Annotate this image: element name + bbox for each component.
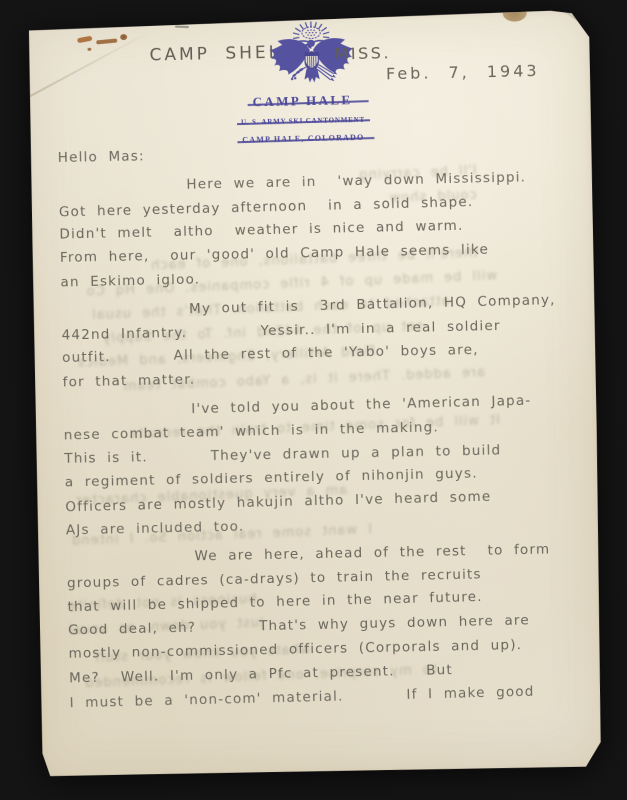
rust-stain — [77, 36, 93, 44]
pencil-scuff-mark — [163, 20, 185, 25]
letter-paper: I'll be carryingcould showthere'll be th… — [25, 10, 605, 780]
pencil-scuff-mark — [175, 25, 189, 27]
rust-stain — [87, 48, 91, 51]
brown-stain — [503, 4, 527, 22]
handwritten-miss: MISS. — [334, 43, 391, 63]
handwritten-date: Feb. 7, 1943 — [386, 61, 540, 83]
letter-body: Hello Mas:Here we are in 'way down Missi… — [58, 136, 582, 714]
letter-line: Hello Mas: — [58, 137, 570, 171]
printed-ski-cantonment: U. S. ARMY SKI CANTONMENT — [241, 116, 365, 127]
rust-stain — [96, 39, 117, 45]
printed-letterhead: CAMP HALE U. S. ARMY SKI CANTONMENT CAMP… — [238, 91, 367, 148]
printed-camp-hale: CAMP HALE — [252, 92, 352, 110]
letter-sheet-wrapper: I'll be carryingcould showthere'll be th… — [25, 10, 605, 780]
rust-stain — [120, 34, 127, 40]
